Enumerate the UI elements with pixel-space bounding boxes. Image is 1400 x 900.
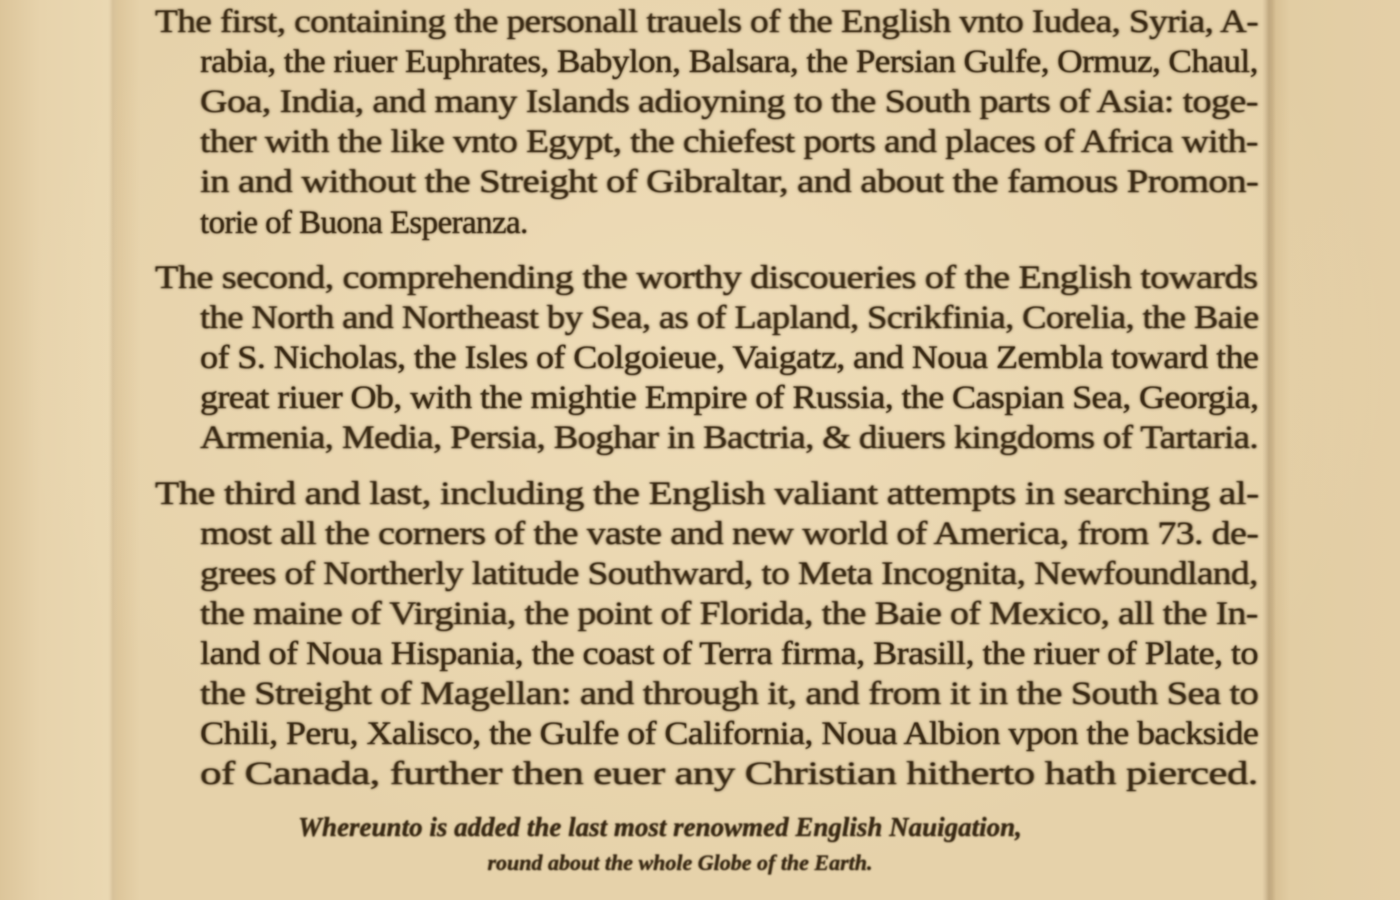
paragraph-1-line-2: rabia, the riuer Euphrates, Babylon, Bal… — [200, 42, 1258, 82]
paragraph-3-line-1: The third and last, including the Englis… — [155, 474, 1259, 514]
paragraph-3-line-5: land of Noua Hispania, the coast of Terr… — [200, 634, 1258, 674]
paragraph-3-line-8: of Canada, further then euer any Christi… — [200, 754, 1258, 794]
paragraph-2-line-1: The second, comprehending the worthy dis… — [155, 258, 1257, 298]
paragraph-3-line-4: the maine of Virginia, the point of Flor… — [200, 594, 1258, 634]
footnote-line-2: round about the whole Globe of the Earth… — [0, 850, 1380, 876]
paragraph-1-line-4: ther with the like vnto Egypt, the chief… — [200, 122, 1258, 162]
paragraph-1-line-3: Goa, India, and many Islands adioyning t… — [200, 82, 1258, 122]
page-fold-left — [108, 0, 118, 900]
paragraph-3-line-7: Chili, Peru, Xalisco, the Gulfe of Calif… — [200, 714, 1258, 754]
paragraph-2-line-3: of S. Nicholas, the Isles of Colgoieue, … — [200, 338, 1258, 378]
paragraph-1-line-5: in and without the Streight of Gibraltar… — [200, 162, 1258, 202]
page-fold-right — [1262, 0, 1276, 900]
footnote-line-1: Whereunto is added the last most renowme… — [0, 812, 1360, 843]
paragraph-3-line-6: the Streight of Magellan: and through it… — [200, 674, 1258, 714]
paragraph-2-line-4: great riuer Ob, with the mightie Empire … — [200, 378, 1258, 418]
scanned-page: The first, containing the personall trau… — [0, 0, 1400, 900]
paragraph-1-line-1: The first, containing the personall trau… — [155, 2, 1258, 42]
paragraph-3-line-3: grees of Northerly latitude Southward, t… — [200, 554, 1258, 594]
paragraph-3-line-2: most all the corners of the vaste and ne… — [200, 514, 1258, 554]
paragraph-1-line-6: torie of Buona Esperanza. — [200, 203, 528, 243]
paragraph-2-line-5: Armenia, Media, Persia, Boghar in Bactri… — [200, 418, 1258, 458]
paragraph-2-line-2: the North and Northeast by Sea, as of La… — [200, 298, 1259, 338]
